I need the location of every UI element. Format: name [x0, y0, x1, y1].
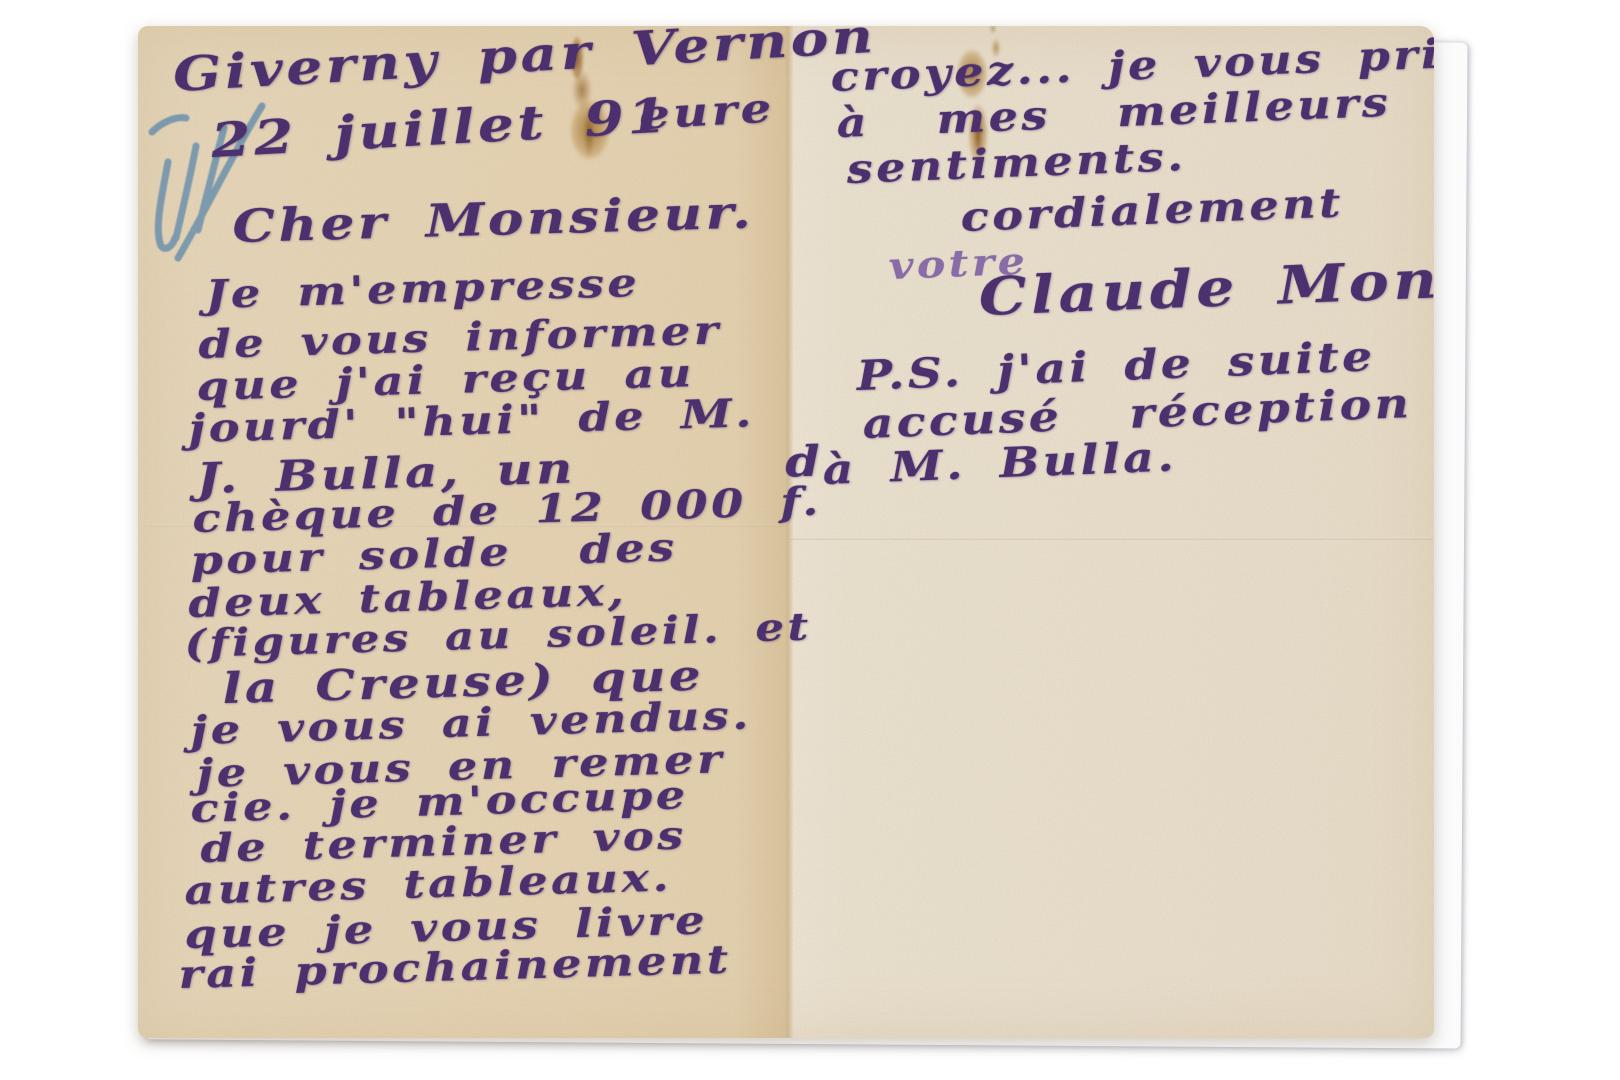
horizontal-crease-right [790, 537, 1432, 540]
closing-line: cordialement [960, 183, 1344, 238]
letter-sheet: Giverny par Vernon eure 22 juillet 91 Ch… [138, 26, 1434, 1038]
body-line: Je m'empresse [205, 264, 641, 315]
body-line: rai prochainement [178, 941, 732, 995]
signature-line: Claude Monet. [978, 250, 1434, 324]
closing-line: sentiments. [846, 137, 1187, 190]
dateline-date: 22 juillet 91 [210, 92, 671, 165]
photo-backdrop: Giverny par Vernon eure 22 juillet 91 Ch… [0, 0, 1620, 1080]
salutation-line: Cher Monsieur. [232, 189, 755, 249]
postscript-line: à M. Bulla. [822, 436, 1178, 491]
